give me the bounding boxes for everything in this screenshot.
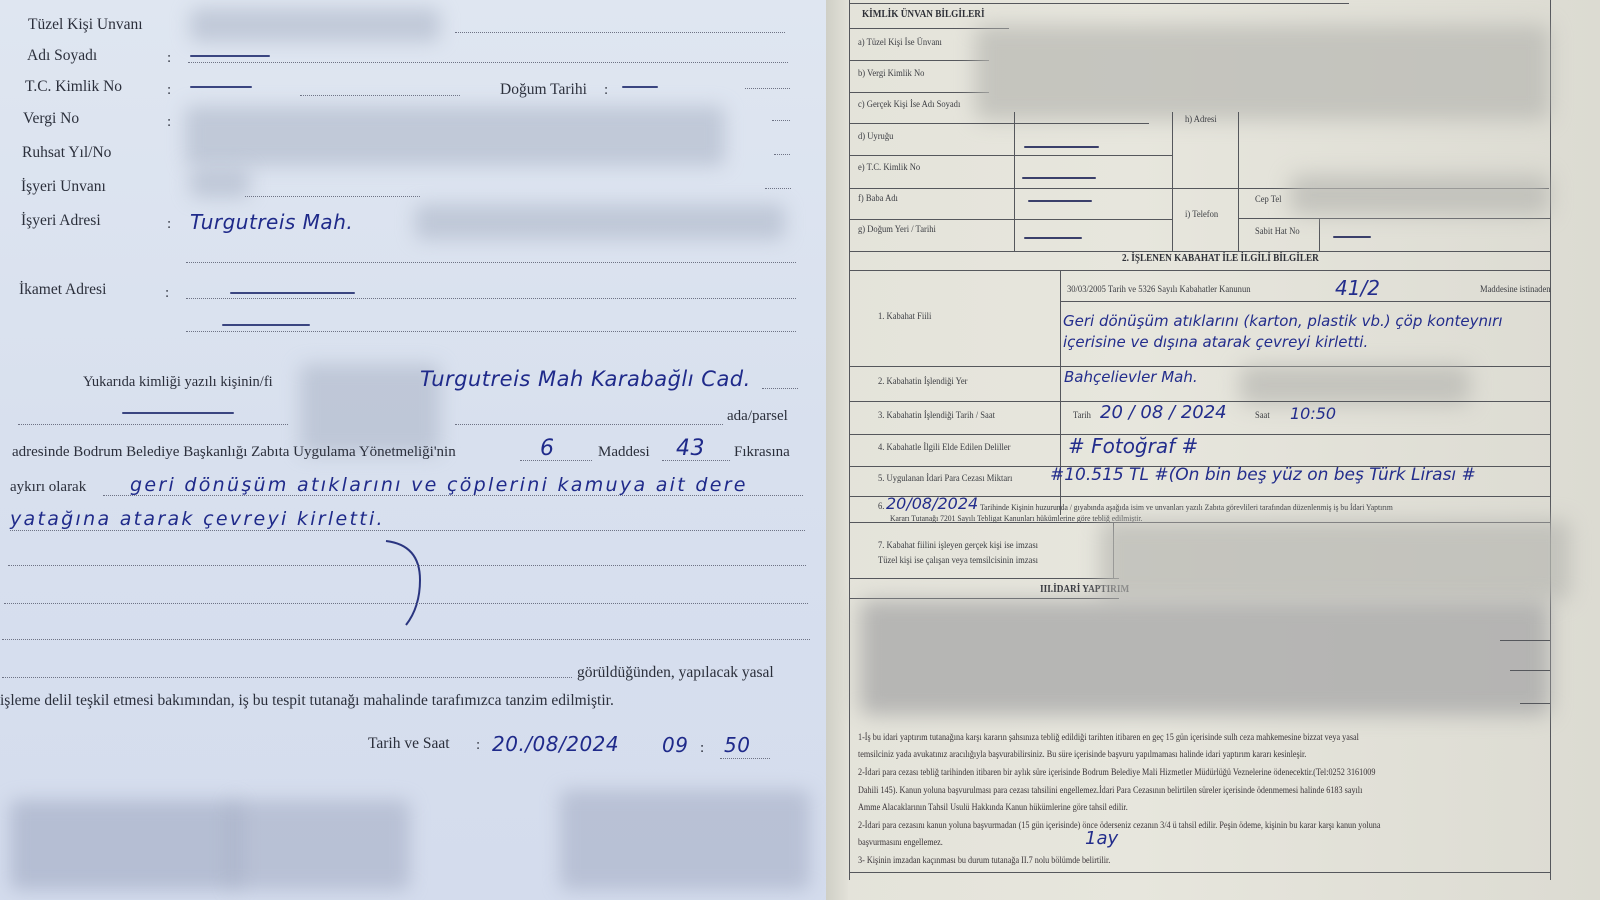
offense-address-handwritten: Turgutreis Mah Karabağlı Cad. bbox=[420, 367, 751, 391]
contrary-label: aykırı olarak bbox=[10, 479, 86, 496]
colon: : bbox=[167, 82, 171, 99]
field-label-legal-entity-title: Tüzel Kişi Unvanı bbox=[28, 16, 143, 34]
field-label-residence-address: İkamet Adresi bbox=[19, 281, 106, 299]
birth-date-label: Doğum Tarihi bbox=[500, 81, 587, 99]
violation-description-line1: geri dönüşüm atıklarını ve çöplerini kam… bbox=[130, 474, 748, 496]
redacted-signature bbox=[10, 800, 240, 890]
fill-line bbox=[745, 88, 790, 89]
pen-bracket-mark bbox=[380, 535, 430, 630]
report-minute: 50 bbox=[724, 733, 750, 757]
redacted-region bbox=[185, 106, 725, 166]
colon: : bbox=[604, 82, 608, 99]
fill-line bbox=[186, 262, 796, 263]
fill-line bbox=[762, 388, 798, 389]
regulation-text: adresinde Bodrum Belediye Başkanlığı Zab… bbox=[12, 444, 456, 461]
colon: : bbox=[167, 216, 171, 233]
datetime-label: Tarih ve Saat bbox=[368, 735, 450, 753]
time-separator: : bbox=[700, 740, 704, 757]
fill-line bbox=[300, 95, 460, 96]
fill-line bbox=[774, 154, 790, 155]
paragraph-label: Fıkrasına bbox=[734, 444, 790, 461]
article-number: 6 bbox=[540, 436, 555, 461]
colon: : bbox=[476, 737, 480, 754]
fill-line bbox=[8, 565, 806, 566]
field-label-tax-no: Vergi No bbox=[23, 110, 79, 128]
administrative-sanction-report bbox=[826, 0, 1600, 900]
fill-line bbox=[455, 424, 723, 425]
redacted-region bbox=[415, 204, 785, 240]
violation-description-line2: yatağına atarak çevreyi kirletti. bbox=[10, 508, 385, 530]
seen-text: görüldüğünden, yapılacak yasal bbox=[577, 664, 774, 682]
fill-line bbox=[186, 331, 796, 332]
strike-line bbox=[122, 412, 234, 414]
fill-line bbox=[10, 530, 805, 531]
redacted-region bbox=[190, 8, 440, 42]
field-label-name-surname: Adı Soyadı bbox=[27, 47, 97, 65]
municipal-inspection-report: Tüzel Kişi Unvanı Adı Soyadı : T.C. Kiml… bbox=[0, 0, 826, 900]
ada-parsel-label: ada/parsel bbox=[727, 408, 788, 425]
fill-line bbox=[455, 32, 785, 33]
fill-line bbox=[4, 603, 808, 604]
field-label-workplace-title: İşyeri Unvanı bbox=[21, 178, 106, 196]
strike-line bbox=[230, 292, 355, 294]
redacted-region bbox=[300, 364, 440, 454]
fill-line bbox=[188, 62, 788, 63]
colon: : bbox=[165, 285, 169, 302]
fill-line bbox=[765, 188, 791, 189]
page-edge bbox=[826, 0, 848, 900]
fill-line bbox=[18, 424, 288, 425]
strike-line bbox=[622, 86, 658, 88]
field-label-workplace-address: İşyeri Adresi bbox=[21, 212, 101, 230]
strike-line bbox=[222, 324, 310, 326]
report-date: 20./08/2024 bbox=[492, 732, 619, 756]
redacted-region bbox=[190, 168, 250, 198]
fill-line bbox=[772, 120, 790, 121]
colon: : bbox=[167, 50, 171, 67]
article-label: Maddesi bbox=[598, 444, 650, 461]
fill-line bbox=[245, 196, 420, 197]
fill-line bbox=[720, 758, 770, 759]
report-hour: 09 bbox=[662, 733, 688, 757]
paragraph-intro: Yukarıda kimliği yazılı kişinin/fi bbox=[83, 374, 273, 391]
workplace-address-value: Turgutreis Mah. bbox=[190, 210, 353, 234]
fill-line bbox=[186, 298, 796, 299]
redacted-signature bbox=[560, 790, 810, 890]
strike-line bbox=[190, 86, 252, 88]
strike-line bbox=[190, 55, 270, 57]
redacted-signature bbox=[230, 800, 410, 890]
paragraph-number: 43 bbox=[676, 436, 705, 461]
colon: : bbox=[167, 114, 171, 131]
field-label-license-year-no: Ruhsat Yıl/No bbox=[22, 144, 111, 162]
fill-line bbox=[520, 460, 592, 461]
fill-line bbox=[2, 639, 810, 640]
closing-text: işleme delil teşkil etmesi bakımından, i… bbox=[0, 692, 614, 710]
fill-line bbox=[2, 677, 572, 678]
field-label-tc-id: T.C. Kimlik No bbox=[25, 78, 122, 96]
